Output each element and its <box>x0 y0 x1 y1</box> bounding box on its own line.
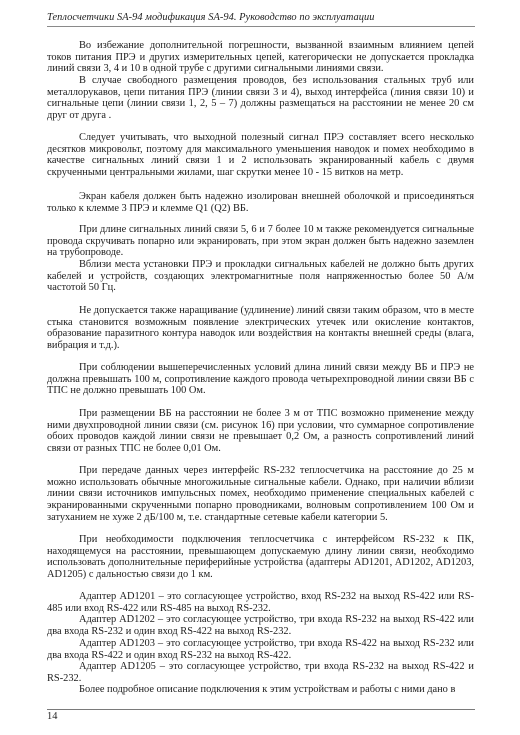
paragraph-extension: Не допускается также наращивание (удлине… <box>47 305 474 352</box>
paragraph-rs232-cables: При передаче данных через интерфейс RS-2… <box>47 465 474 523</box>
paragraph-ad1201: Адаптер AD1201 – это согласующее устройс… <box>47 591 474 614</box>
paragraph-cable-shield: Экран кабеля должен быть надежно изолиро… <box>47 191 474 214</box>
paragraph-signal-lines-length: При длине сигнальных линий связи 5, 6 и … <box>47 224 474 259</box>
document-page: Теплосчетчики SA-94 модификация SA-94. Р… <box>0 0 520 735</box>
paragraph-two-wire: При размещении ВБ на расстоянии не более… <box>47 408 474 455</box>
paragraph-em-fields: Вблизи места установки ПРЭ и прокладки с… <box>47 259 474 294</box>
footer-rule <box>47 709 475 710</box>
page-number: 14 <box>47 711 57 722</box>
paragraph-free-placement: В случае свободного размещения проводов,… <box>47 75 474 122</box>
paragraph-signal-cable: Следует учитывать, что выходной полезный… <box>47 132 474 179</box>
paragraph-more-details: Более подробное описание подключения к э… <box>47 684 474 696</box>
paragraph-peripheral-adapters: При необходимости подключения теплосчетч… <box>47 534 474 581</box>
paragraph-ad1205: Адаптер AD1205 – это согласующее устройс… <box>47 661 474 684</box>
paragraph-ad1203: Адаптер AD1203 – это согласующее устройс… <box>47 638 474 661</box>
header-rule <box>47 26 475 27</box>
paragraph-ad1202: Адаптер AD1202 – это согласующее устройс… <box>47 614 474 637</box>
paragraph-line-length-limits: При соблюдении вышеперечисленных условий… <box>47 362 474 397</box>
running-header: Теплосчетчики SA-94 модификация SA-94. Р… <box>47 12 477 23</box>
paragraph-interference: Во избежание дополнительной погрешности,… <box>47 40 474 75</box>
